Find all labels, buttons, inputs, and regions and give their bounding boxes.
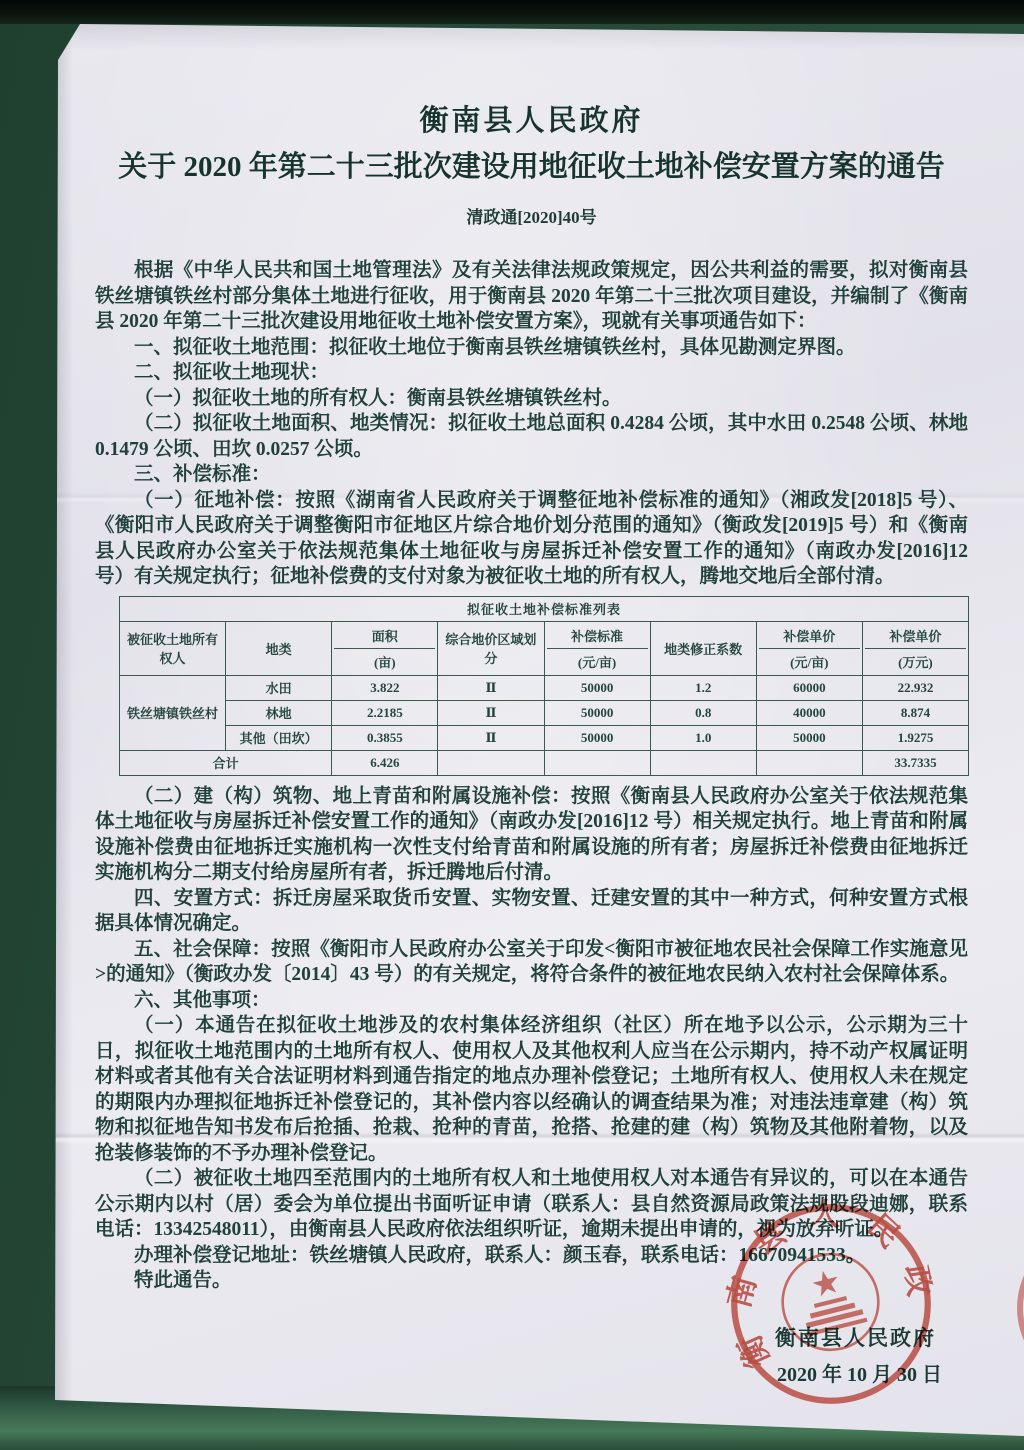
paragraph: 三、补偿标准： [95,462,968,488]
col-header-unit-price-label: 补偿单价 [759,623,860,649]
cell-coef: 0.8 [650,700,756,725]
total-amount-cell: 33.7335 [862,750,968,775]
cell-land-type: 其他（田坎） [226,725,332,750]
compensation-standard-table: 拟征收土地补偿标准列表 被征收土地所有权人 地类 面积 (亩) 综合地价区域划分… [119,596,969,776]
total-label-cell: 合计 [120,750,332,775]
paragraph: （二）建（构）筑物、地上青苗和附属设施补偿：按照《衡南县人民政府办公室关于依法规… [95,784,968,886]
cell-area: 0.3855 [332,725,438,750]
cell-unit-price: 50000 [756,725,862,750]
col-header-area-unit: (亩) [334,649,435,674]
cell-amount: 22.932 [862,675,968,700]
scanned-notice-photo: { "page": { "background_color": "#274a38… [0,0,1024,1450]
empty-cell [650,750,756,775]
cell-zone: Ⅱ [438,700,544,725]
cell-area: 3.822 [332,675,438,700]
paragraph: 四、安置方式：拆迁房屋采取货币安置、实物安置、迁建安置的其中一种方式，何种安置方… [95,886,968,937]
notice-title: 关于 2020 年第二十三批次建设用地征收土地补偿安置方案的通告 [95,144,968,185]
paragraph: 二、拟征收土地现状： [95,360,968,386]
cell-land-type: 水田 [226,675,332,700]
cell-land-type: 林地 [226,700,332,725]
cell-amount: 1.9275 [862,725,968,750]
col-header-zone: 综合地价区域划分 [438,621,544,675]
col-header-unit-price: 补偿单价 (元/亩) [756,621,862,675]
paragraph: 五、社会保障：按照《衡阳市人民政府办公室关于印发<衡阳市被征地农民社会保障工作实… [95,937,968,988]
col-header-amount: 补偿单价 (万元) [862,621,968,675]
col-header-amount-unit: (万元) [865,649,966,674]
empty-cell [544,750,650,775]
owner-cell: 铁丝塘镇铁丝村 [120,675,226,750]
table-caption: 拟征收土地补偿标准列表 [120,596,969,621]
cell-amount: 8.874 [862,700,968,725]
col-header-area: 面积 (亩) [332,621,438,675]
cell-standard: 50000 [544,725,650,750]
col-header-standard-unit: (元/亩) [547,649,648,674]
cell-area: 2.2185 [332,700,438,725]
cell-unit-price: 40000 [756,700,862,725]
document-content: 衡南县人民政府 关于 2020 年第二十三批次建设用地征收土地补偿安置方案的通告… [95,24,968,1294]
col-header-standard-label: 补偿标准 [547,623,648,649]
partial-seal-fragment [984,1240,1024,1380]
cell-zone: Ⅱ [438,675,544,700]
cell-zone: Ⅱ [438,725,544,750]
document-paper: 衡南县人民政府 关于 2020 年第二十三批次建设用地征收土地补偿安置方案的通告… [55,24,1024,1436]
cell-coef: 1.0 [650,725,756,750]
col-header-amount-label: 补偿单价 [865,623,966,649]
paragraph: 根据《中华人民共和国土地管理法》及有关法律法规政策规定，因公共利益的需要，拟对衡… [95,258,968,335]
cell-unit-price: 60000 [756,675,862,700]
col-header-standard: 补偿标准 (元/亩) [544,621,650,675]
paragraph: （一）征地补偿：按照《湖南省人民政府关于调整征地补偿标准的通知》（湘政发[201… [95,488,968,590]
seal-national-emblem-icon [773,1244,889,1360]
paper-left-edge-shadow [55,24,73,1436]
col-header-coef: 地类修正系数 [650,621,756,675]
col-header-area-label: 面积 [334,623,435,649]
paragraph: 六、其他事项： [95,988,968,1014]
issuing-org-title: 衡南县人民政府 [95,98,968,139]
col-header-unit-price-unit: (元/亩) [759,649,860,674]
cell-standard: 50000 [544,700,650,725]
total-area-cell: 6.426 [332,750,438,775]
body-paragraphs-before-table: 根据《中华人民共和国土地管理法》及有关法律法规政策规定，因公共利益的需要，拟对衡… [95,258,968,590]
seal-fragment-arc [1020,1240,1024,1380]
col-header-land-type: 地类 [226,621,332,675]
document-number: 清政通[2020]40号 [95,203,968,228]
cell-standard: 50000 [544,675,650,700]
empty-cell [756,750,862,775]
photo-background-top-band [0,0,1024,24]
cell-coef: 1.2 [650,675,756,700]
paragraph: 一、拟征收土地范围：拟征收土地位于衡南县铁丝塘镇铁丝村，具体见勘测定界图。 [95,335,968,361]
paragraph: （二）拟征收土地面积、地类情况：拟征收土地总面积 0.4284 公顷，其中水田 … [95,411,968,462]
col-header-owner: 被征收土地所有权人 [120,621,226,675]
paragraph: （一）拟征收土地的所有权人：衡南县铁丝塘镇铁丝村。 [95,386,968,412]
paragraph: （一）本通告在拟征收土地涉及的农村集体经济组织（社区）所在地予以公示，公示期为三… [95,1013,968,1166]
empty-cell [438,750,544,775]
